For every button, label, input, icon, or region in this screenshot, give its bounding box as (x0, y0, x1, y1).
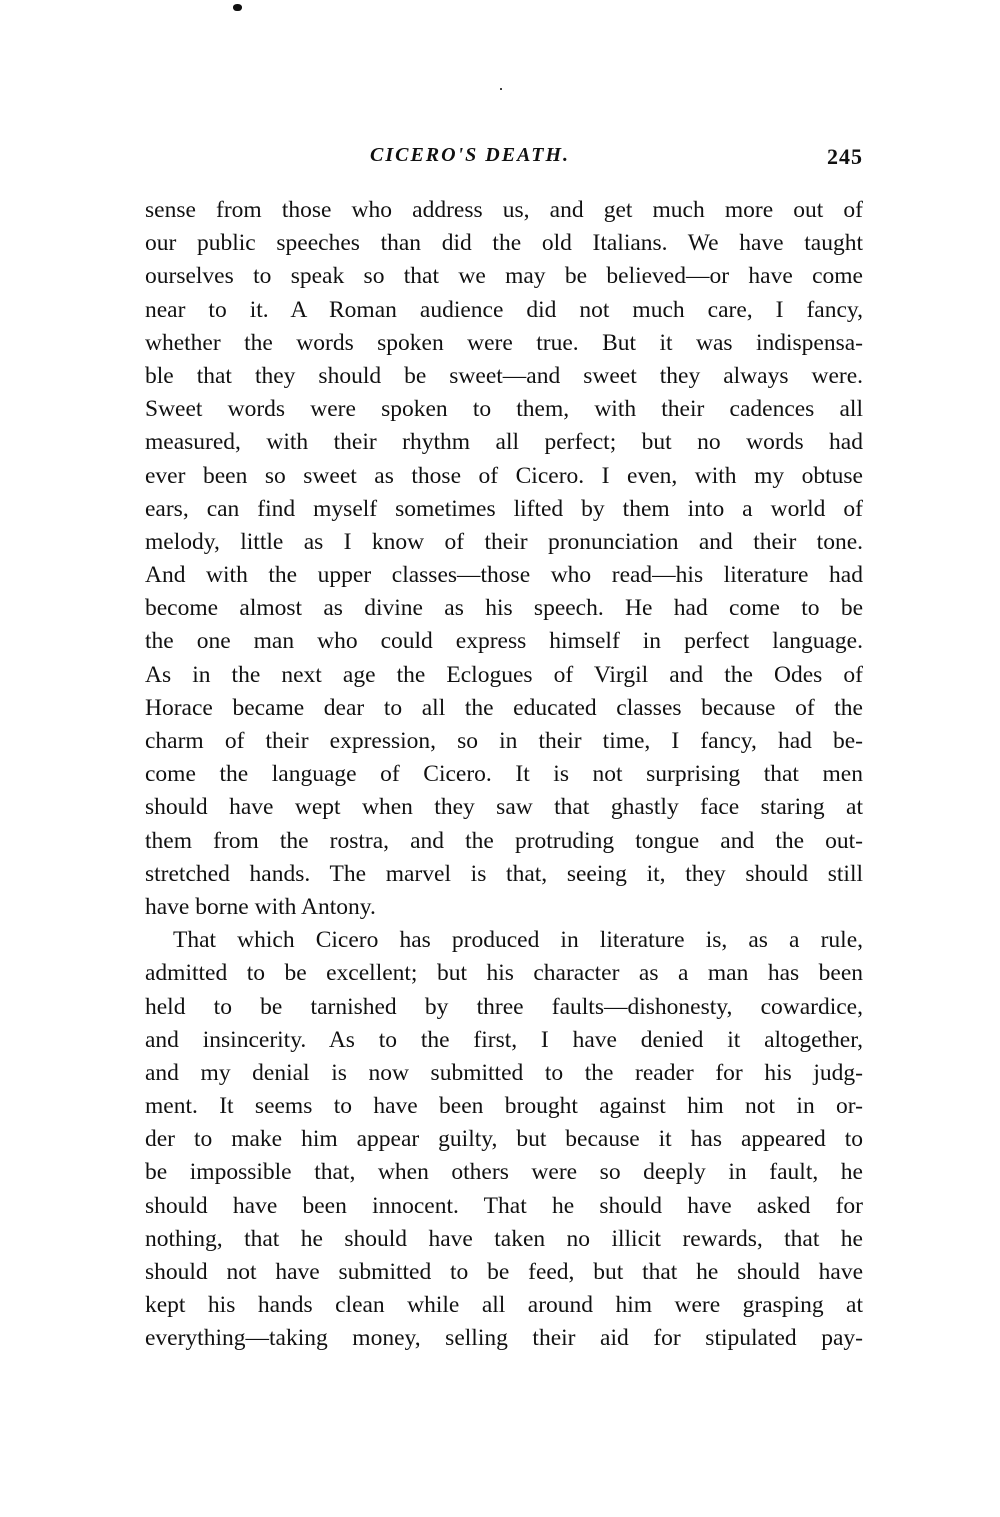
text-line: should have been innocent. That he shoul… (145, 1190, 863, 1223)
text-line: der to make him appear guilty, but becau… (145, 1123, 863, 1156)
text-line: them from the rostra, and the protruding… (145, 825, 863, 858)
text-line: near to it. A Roman audience did not muc… (145, 294, 863, 327)
text-line: our public speeches than did the old Ita… (145, 227, 863, 260)
text-line: held to be tarnished by three faults—dis… (145, 991, 863, 1024)
text-line: and insincerity. As to the first, I have… (145, 1024, 863, 1057)
text-line: should have wept when they saw that ghas… (145, 791, 863, 824)
text-line: and my denial is now submitted to the re… (145, 1057, 863, 1090)
text-line: should not have submitted to be feed, bu… (145, 1256, 863, 1289)
text-line: Sweet words were spoken to them, with th… (145, 393, 863, 426)
text-line: That which Cicero has produced in litera… (145, 924, 863, 957)
text-line: melody, little as I know of their pronun… (145, 526, 863, 559)
paragraph-1: sense from those who address us, and get… (145, 194, 863, 924)
text-line: nothing, that he should have taken no il… (145, 1223, 863, 1256)
text-line: ble that they should be sweet—and sweet … (145, 360, 863, 393)
text-line: whether the words spoken were true. But … (145, 327, 863, 360)
text-line: ever been so sweet as those of Cicero. I… (145, 460, 863, 493)
text-line: come the language of Cicero. It is not s… (145, 758, 863, 791)
text-line: And with the upper classes—those who rea… (145, 559, 863, 592)
text-line: charm of their expression, so in their t… (145, 725, 863, 758)
text-line: sense from those who address us, and get… (145, 194, 863, 227)
text-line: kept his hands clean while all around hi… (145, 1289, 863, 1322)
running-head: CICERO'S DEATH. 245 (145, 144, 863, 178)
text-line: the one man who could express himself in… (145, 625, 863, 658)
text-line: Horace became dear to all the educated c… (145, 692, 863, 725)
body-text: sense from those who address us, and get… (145, 194, 863, 1356)
text-line: everything—taking money, selling their a… (145, 1322, 863, 1355)
text-line: become almost as divine as his speech. H… (145, 592, 863, 625)
text-line: As in the next age the Eclogues of Virgi… (145, 659, 863, 692)
text-line: admitted to be excellent; but his charac… (145, 957, 863, 990)
text-line: stretched hands. The marvel is that, see… (145, 858, 863, 891)
text-line: have borne with Antony. (145, 891, 863, 924)
text-line: ears, can find myself sometimes lifted b… (145, 493, 863, 526)
paragraph-2: That which Cicero has produced in litera… (145, 924, 863, 1355)
text-line: measured, with their rhythm all perfect;… (145, 426, 863, 459)
page-number: 245 (827, 144, 863, 170)
scan-speck (500, 88, 502, 90)
text-line: ourselves to speak so that we may be bel… (145, 260, 863, 293)
text-line: be impossible that, when others were so … (145, 1156, 863, 1189)
running-title: CICERO'S DEATH. (370, 144, 570, 167)
text-line: ment. It seems to have been brought agai… (145, 1090, 863, 1123)
scan-speck (233, 4, 242, 11)
